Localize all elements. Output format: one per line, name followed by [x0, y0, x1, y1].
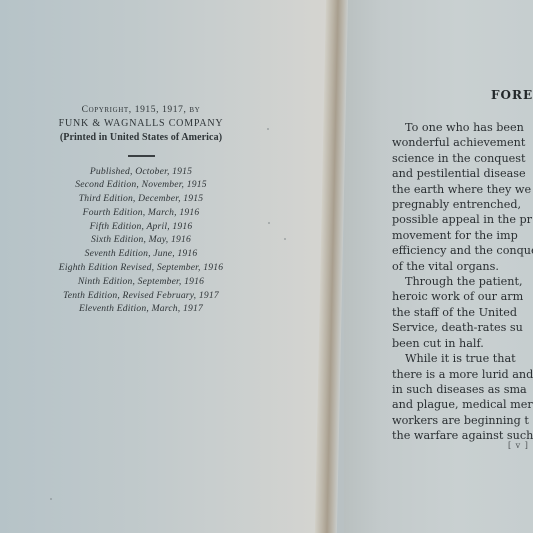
body-line: pregnably entrenched, — [392, 197, 533, 212]
body-line: To one who has been — [392, 120, 533, 135]
body-line: and plague, medical mer — [392, 397, 533, 412]
edition-line: Third Edition, December, 1915 — [36, 192, 246, 206]
body-line: While it is true that — [392, 351, 533, 366]
edition-line: Sixth Edition, May, 1916 — [36, 233, 246, 247]
printed-in-note: (Printed in United States of America) — [36, 131, 246, 145]
edition-line: Eleventh Edition, March, 1917 — [36, 302, 246, 316]
body-line: and pestilential disease — [392, 166, 533, 181]
paper-speck — [50, 498, 52, 500]
body-line: efficiency and the conque — [392, 243, 533, 258]
body-line: movement for the imp — [392, 228, 533, 243]
edition-line: Ninth Edition, September, 1916 — [36, 275, 246, 289]
foreword-body: To one who has been wonderful achievemen… — [392, 120, 533, 444]
edition-line: Second Edition, November, 1915 — [36, 178, 246, 192]
copyright-page: Copyright, 1915, 1917, by FUNK & WAGNALL… — [0, 0, 332, 533]
body-line: Through the patient, — [392, 274, 533, 289]
edition-line: Seventh Edition, June, 1916 — [36, 247, 246, 261]
body-line: been cut in half. — [392, 336, 533, 351]
edition-line: Fourth Edition, March, 1916 — [36, 206, 246, 220]
paper-speck — [268, 222, 270, 224]
copyright-notice: Copyright, 1915, 1917, by — [36, 103, 246, 117]
page-number: [ v ] — [508, 441, 529, 450]
paper-speck — [267, 128, 269, 130]
body-line: of the vital organs. — [392, 259, 533, 274]
copyright-block: Copyright, 1915, 1917, by FUNK & WAGNALL… — [36, 103, 246, 316]
body-line: in such diseases as sma — [392, 382, 533, 397]
body-line: wonderful achievement — [392, 135, 533, 150]
edition-line: Tenth Edition, Revised February, 1917 — [36, 289, 246, 303]
body-line: there is a more lurid and — [392, 367, 533, 382]
divider-rule — [128, 155, 155, 157]
body-line: heroic work of our arm — [392, 289, 533, 304]
body-line: Service, death-rates su — [392, 320, 533, 335]
publisher-name: FUNK & WAGNALLS COMPANY — [36, 117, 246, 131]
body-line: the staff of the United — [392, 305, 533, 320]
edition-line: Eighth Edition Revised, September, 1916 — [36, 261, 246, 275]
edition-line: Fifth Edition, April, 1916 — [36, 220, 246, 234]
open-book-photo: Copyright, 1915, 1917, by FUNK & WAGNALL… — [0, 0, 533, 533]
body-line: science in the conquest — [392, 151, 533, 166]
body-line: the earth where they we — [392, 182, 533, 197]
body-line: workers are beginning t — [392, 413, 533, 428]
foreword-heading: FORET — [491, 88, 533, 102]
body-line: possible appeal in the pr — [392, 212, 533, 227]
edition-line: Published, October, 1915 — [36, 165, 246, 179]
paper-speck — [284, 238, 286, 240]
